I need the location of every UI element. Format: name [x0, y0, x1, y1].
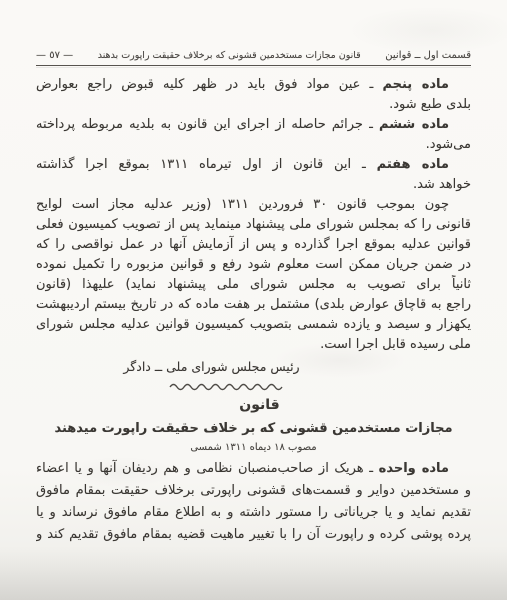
single-article-line-3: تقدیم نماید و یا جریاناتی را مستور داشته…: [36, 502, 471, 524]
single-article-line-1: ماده واحده ـ هریک از صاحب‌منصبان نظامی و…: [36, 458, 471, 480]
single-article-line-2: و مستخدمین دوایر و قسمت‌های قشونی راپورت…: [36, 480, 471, 502]
article-6-line-1: ماده ششم ـ جرائم حاصله از اجرای این قانو…: [36, 115, 471, 135]
single-article-line-4: پرده پوشی کرده و راپورت آن را با تغییر م…: [36, 524, 471, 546]
article-6-line-2: می‌شود.: [36, 135, 471, 155]
article-5-line-1: ماده پنجم ـ عین مواد فوق باید در ظهر کلی…: [36, 75, 471, 95]
wavy-divider-icon: [168, 382, 286, 391]
single-article-text: هریک از صاحب‌منصبان نظامی و هم ردیفان آن…: [36, 461, 364, 476]
preamble-line: چون بموجب قانون ۳۰ فروردین ۱۳۱۱ (وزیر عد…: [36, 195, 471, 215]
article-5-text: عین مواد فوق باید در ظهر کلیه قبوض راجع …: [36, 77, 360, 92]
preamble-line: یکهزار و سیصد و یازده شمسی بتصویب کمیسیو…: [36, 315, 471, 335]
scanned-page: قسمت اول ــ قوانین قانون مجازات مستخدمین…: [0, 0, 507, 600]
article-dash: ـ: [369, 461, 373, 476]
article-5-line-2: بلدی طبع شود.: [36, 95, 471, 115]
preamble-line: در ضمن جریان ممکن است معلوم شود رفع و قو…: [36, 255, 471, 275]
law-heading: قانون: [42, 397, 477, 413]
article-7-line-1: ماده هفتم ـ این قانون از اول تیرماه ۱۳۱۱…: [36, 155, 471, 175]
signature-line: رئیس مجلس شورای ملی ــ دادگر: [0, 357, 429, 377]
article-7-text: این قانون از اول تیرماه ۱۳۱۱ بموقع اجرا …: [36, 157, 351, 172]
page-body: ماده پنجم ـ عین مواد فوق باید در ظهر کلی…: [36, 75, 471, 546]
preamble-line: قانونی را که بمجلس شورای ملی پیشنهاد مین…: [36, 215, 471, 235]
article-6-lead: ماده ششم: [379, 117, 449, 132]
article-6-text: جرائم حاصله از اجرای این قانون به بلدیه …: [36, 117, 363, 132]
header-rule: [36, 65, 471, 66]
article-7-line-2: خواهد شد.: [36, 175, 471, 195]
wavy-divider: [9, 380, 444, 389]
header-running-title: قانون مجازات مستخدمین قشونی که برخلاف حق…: [98, 50, 361, 61]
article-dash: ـ: [370, 77, 374, 92]
preamble-line: ملی رسیده قابل اجرا است.: [36, 335, 471, 355]
law-approval-date: مصوب ۱۸ دیماه ۱۳۱۱ شمسی: [36, 442, 471, 453]
preamble-line: راجع به قاچاق عوارض بلدی) مشتمل بر هفت م…: [36, 295, 471, 315]
article-7-lead: ماده هفتم: [377, 157, 449, 172]
header-page-number: — ٥٧ —: [36, 50, 73, 61]
header-section-label: قسمت اول ــ قوانین: [385, 50, 471, 61]
law-article: ماده واحده ـ هریک از صاحب‌منصبان نظامی و…: [36, 458, 471, 546]
preamble-line: قوانین عدلیه بموقع اجرا گذارده و پس از آ…: [36, 235, 471, 255]
page-header: قسمت اول ــ قوانین قانون مجازات مستخدمین…: [36, 50, 471, 61]
article-dash: ـ: [369, 117, 373, 132]
law-subtitle: مجازات مستخدمین قشونی که بر خلاف حقیقت ر…: [36, 421, 471, 436]
article-5-lead: ماده پنجم: [382, 77, 449, 92]
preamble-line: ثانیاً برای تصویب به مجلس شورای ملی پیشن…: [36, 275, 471, 295]
article-dash: ـ: [362, 157, 366, 172]
single-article-lead: ماده واحده: [379, 461, 449, 476]
